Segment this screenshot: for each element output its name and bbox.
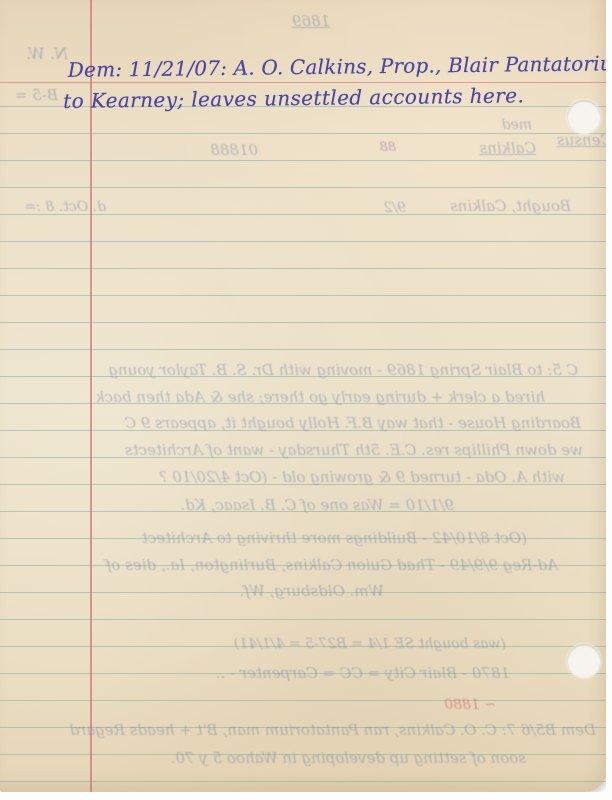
- bleedthrough-text: d. Oct. 8 :=: [10, 199, 106, 215]
- bleedthrough-text: 9/1/10 = Was one of C. B. Isaac, Kd.: [158, 496, 454, 514]
- entry-line-1: Dem: 11/21/07: A. O. Calkins, Prop., Bla…: [68, 51, 598, 81]
- punch-hole: [567, 644, 601, 678]
- bleedthrough-text: hired a clerk + during early go there; s…: [33, 388, 545, 406]
- bleedthrough-text: B-5 =: [2, 86, 58, 104]
- bleedthrough-text: 1869: [279, 12, 343, 30]
- bleedthrough-text: 9/2: [346, 200, 406, 216]
- bleedthrough-text: Wm. Oldsburg, Wf.: [148, 582, 384, 600]
- bleedthrough-text: (was bought SE 1/4 = B27-5 = 4/1/41): [214, 636, 506, 652]
- bleedthrough-text: 01888: [182, 141, 258, 159]
- bleedthrough-text: Dem B5/6 7: C. O. Calkins, ran Pantatori…: [18, 721, 596, 739]
- bleedthrough-text: Bought, Calkins: [437, 197, 571, 215]
- bleedthrough-text: soon of setting up developing in Wahoo 5…: [118, 749, 526, 767]
- bleedthrough-text: we down Phillips res. C.E. 5th Thursday …: [33, 441, 583, 459]
- bleedthrough-text: N. W.: [6, 44, 68, 63]
- bleedthrough-text: (Oct 8/10/42 - Buildings more thriving t…: [95, 529, 527, 547]
- bleedthrough-text: med: [486, 117, 532, 133]
- bleedthrough-text: ~ 1880: [424, 697, 496, 713]
- bleedthrough-text: Calkins: [450, 139, 536, 157]
- bleedthrough-text: 1870 - Blair City = CC = Carpenter - ..: [158, 664, 510, 682]
- bleedthrough-text: 88: [362, 140, 396, 155]
- scanner-bed-edge-bottom: [0, 792, 612, 800]
- scanned-page: Dem: 11/21/07: A. O. Calkins, Prop., Bla…: [0, 0, 607, 792]
- bleedthrough-text: Boarding House - that way B.F. Holly bou…: [33, 414, 581, 432]
- scanner-bed-edge-right: [606, 0, 612, 800]
- bleedthrough-text: C 5: to Blair Spring 1869 - moving with …: [33, 361, 578, 379]
- bleedthrough-text: Ad-Reg 9/9/49 - Thad Guion Calkins, Burl…: [52, 556, 558, 574]
- bleedthrough-text: with A. Oda - turned 9 & growing old - (…: [33, 468, 565, 486]
- punch-hole: [567, 100, 601, 134]
